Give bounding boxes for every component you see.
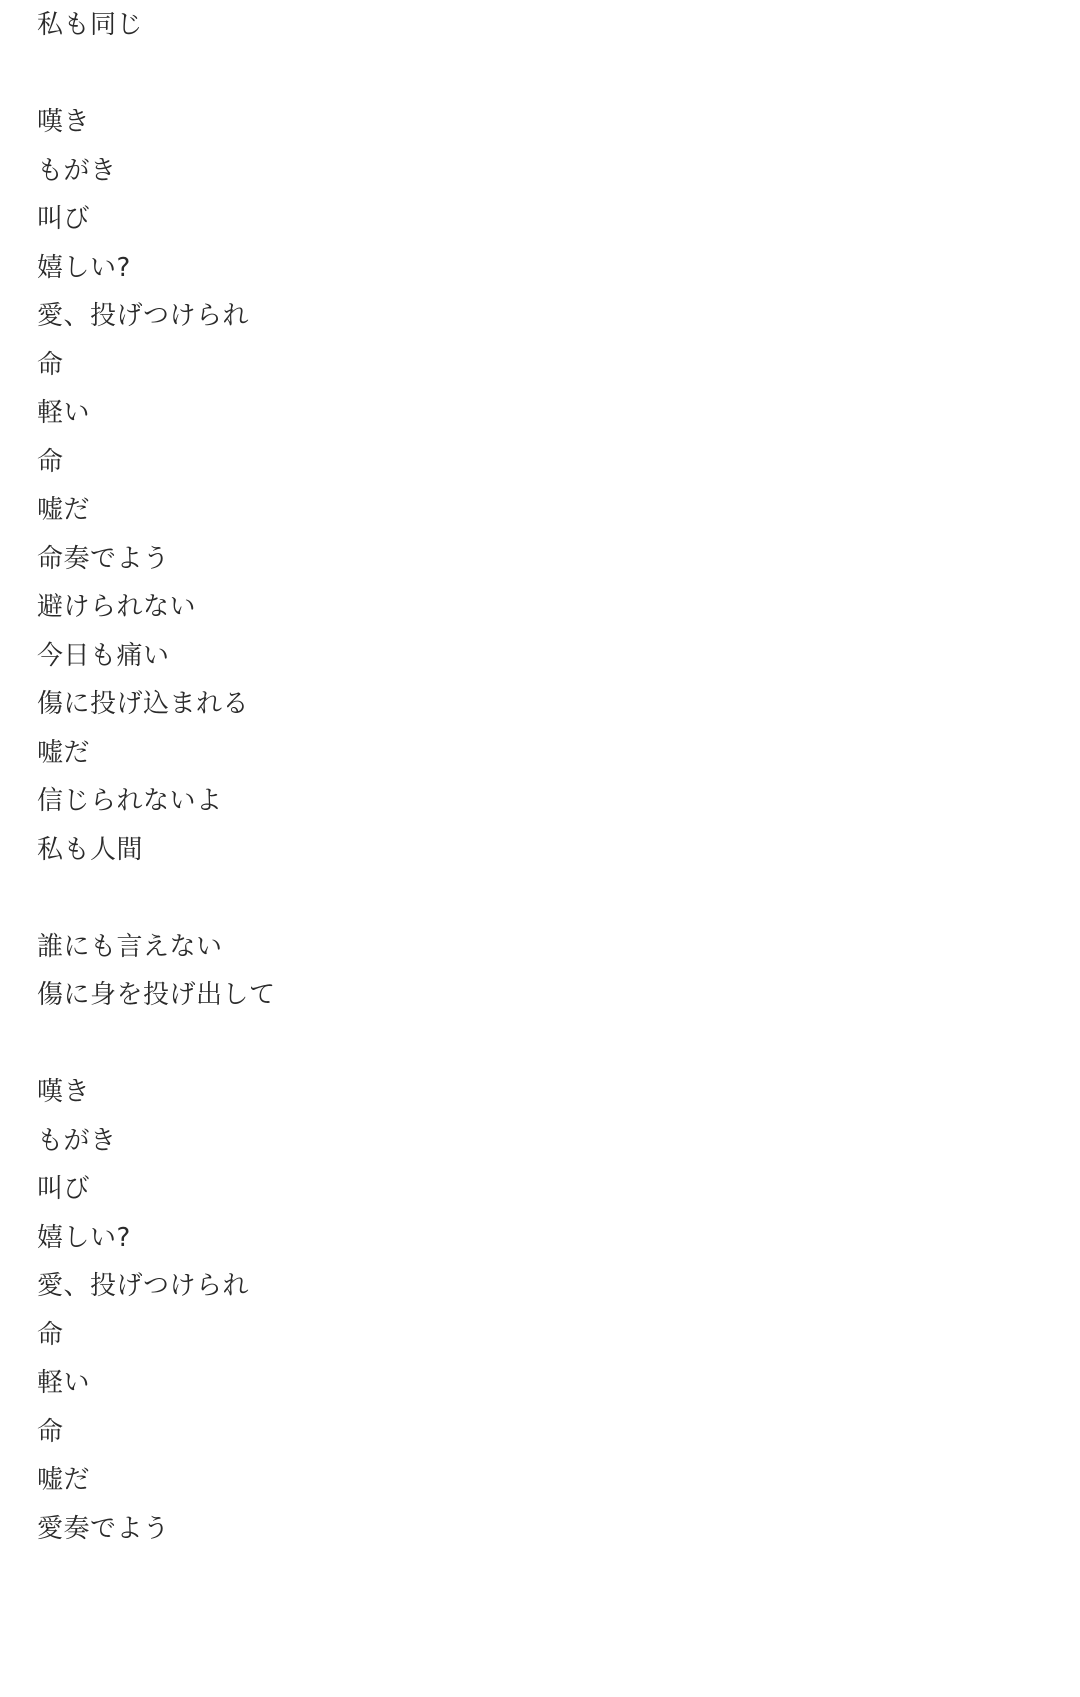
lyric-line: 避けられない [37,583,276,632]
lyric-line: 私も同じ [37,1,276,50]
blank-line [37,1020,276,1069]
blank-line [37,50,276,99]
lyric-line: 傷に身を投げ出して [37,971,276,1020]
lyric-line: 命 [37,1311,276,1360]
lyric-line: もがき [37,1117,276,1166]
lyric-line: 命 [37,341,276,390]
lyric-line: 愛、投げつけられ [37,1262,276,1311]
lyric-line: 命 [37,438,276,487]
lyric-line: 軽い [37,389,276,438]
lyric-line: 叫び [37,195,276,244]
lyric-line: 嘘だ [37,486,276,535]
lyric-line: 私も人間 [37,826,276,875]
lyric-line: 嬉しい? [37,1214,276,1263]
lyric-line: 嘘だ [37,1456,276,1505]
lyric-line: 嘘だ [37,729,276,778]
lyric-line: 今日も痛い [37,632,276,681]
lyric-line: 命 [37,1408,276,1457]
lyric-line: 嬉しい? [37,244,276,293]
lyric-line: 誰にも言えない [37,923,276,972]
lyric-line: 嘆き [37,1068,276,1117]
lyric-line: 信じられないよ [37,777,276,826]
lyric-line: 命奏でよう [37,535,276,584]
lyric-line: 愛、投げつけられ [37,292,276,341]
lyric-line: 傷に投げ込まれる [37,680,276,729]
lyrics-text-block: 私も同じ 嘆き もがき 叫び 嬉しい? 愛、投げつけられ 命 軽い 命 嘘だ 命… [37,1,276,1553]
blank-line [37,874,276,923]
lyric-line: もがき [37,147,276,196]
lyric-line: 嘆き [37,98,276,147]
lyric-line: 叫び [37,1165,276,1214]
lyric-line: 愛奏でよう [37,1505,276,1554]
lyric-line: 軽い [37,1359,276,1408]
